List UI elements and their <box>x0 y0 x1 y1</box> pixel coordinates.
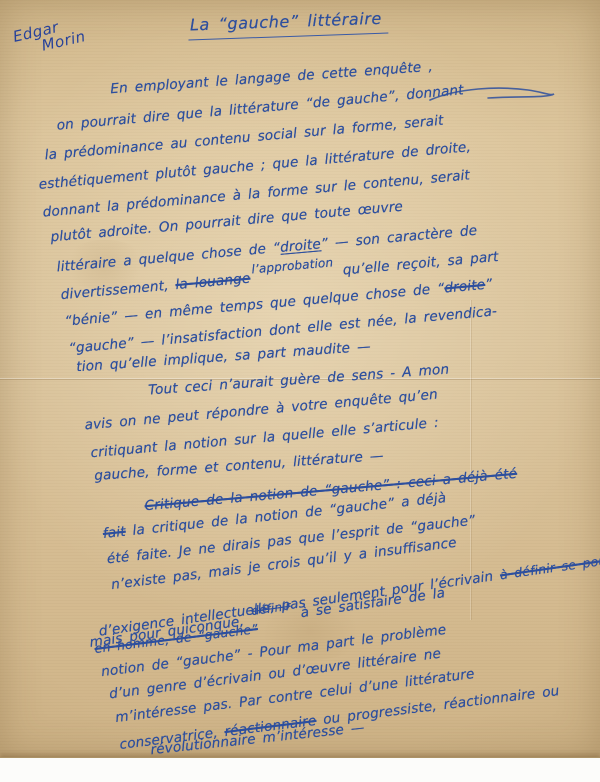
scan-background-edge <box>0 757 600 782</box>
text-segment: qu’elle reçoit, sa part <box>335 249 499 279</box>
page-title: La “gauche” littéraire <box>188 9 389 41</box>
struck-text: à définir se pour uniquement <box>499 540 600 582</box>
author-signature: Edgar Morin <box>11 12 87 60</box>
struck-text: droite <box>444 277 486 297</box>
struck-text: fait <box>102 524 126 542</box>
text-segment: ” — son caractère de <box>320 223 478 253</box>
struck-text: la louange <box>175 271 251 293</box>
paper-sheet: Edgar Morin La “gauche” littéraire En em… <box>0 0 600 758</box>
text-segment: divertissement, <box>60 277 176 303</box>
scanned-manuscript-page: { "page": { "ink_color": "#2d4f9e", "pap… <box>0 0 600 782</box>
underlined-word: droite <box>279 236 321 256</box>
inserted-correction: l’approbation <box>251 255 334 276</box>
text-segment: ” <box>484 276 493 293</box>
